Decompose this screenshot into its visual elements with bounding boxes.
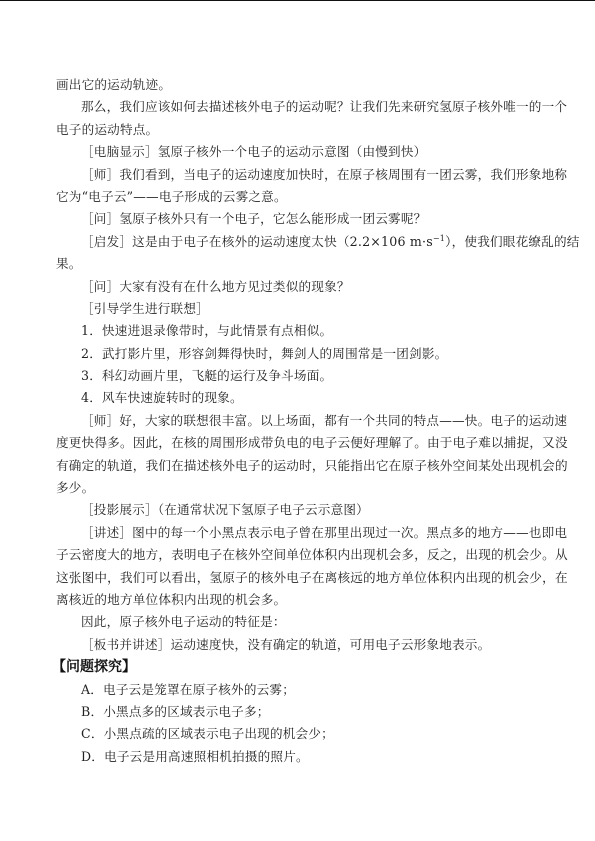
inspiration-text-tail: ），使我们眼花缭乱的结	[445, 234, 579, 249]
inspiration-text: ［启发］这是由于电子在核外的运动速度太快（2.2×106 m·s	[81, 234, 433, 249]
question-line: ［问］大家有没有在什么地方见过类似的现象？	[56, 276, 542, 298]
paragraph-line: 子云密度大的地方，表明电子在核外空间单位体积内出现机会多，反之，出现的机会少。从	[56, 544, 542, 566]
paragraph-line: 因此，原子核外电子运动的特征是：	[56, 611, 542, 633]
computer-display-note: ［电脑显示］氢原子核外一个电子的运动示意图（由慢到快）	[56, 141, 542, 163]
paragraph-line: 那么，我们应该如何去描述核外电子的运动呢？让我们先来研究氢原子核外唯一的一个	[56, 96, 542, 118]
guide-line: ［引导学生进行联想］	[56, 298, 542, 320]
page-top-border	[0, 0, 595, 1]
option-d: D．电子云是用高速照相机拍摄的照片。	[56, 746, 542, 768]
paragraph-line: ［讲述］图中的每一个小黑点表示电子曾在那里出现过一次。黑点多的地方——也即电	[56, 522, 542, 544]
paragraph-line: ［师］我们看到，当电子的运动速度加快时，在原子核周围有一团云雾，我们形象地称	[56, 164, 542, 186]
option-c: C．小黑点疏的区域表示电子出现的机会少；	[56, 723, 542, 745]
paragraph-line: 电子的运动特点。	[56, 119, 542, 141]
paragraph-line: 画出它的运动轨迹。	[56, 74, 542, 96]
paragraph-line: 离核近的地方单位体积内出现的机会多。	[56, 589, 542, 611]
projection-note: ［投影展示］（在通常状况下氢原子电子云示意图）	[56, 499, 542, 521]
paragraph-line: 有确定的轨道，我们在描述核外电子的运动时，只能指出它在原子核外空间某处出现机会的	[56, 455, 542, 477]
paragraph-line: 它为“电子云”——电子形成的云雾之意。	[56, 186, 542, 208]
paragraph-line: 果。	[56, 253, 542, 275]
paragraph-line: 度更快得多。因此，在核的周围形成带负电的电子云便好理解了。由于电子难以捕捉，又没	[56, 432, 542, 454]
list-item: 2．武打影片里，形容剑舞得快时，舞剑人的周围常是一团剑影。	[56, 343, 542, 365]
option-b: B．小黑点多的区域表示电子多；	[56, 701, 542, 723]
section-heading: 【问题探究】	[52, 656, 542, 678]
list-item: 4．风车快速旋转时的现象。	[56, 387, 542, 409]
list-item: 3．科幻动画片里，飞艇的运行及争斗场面。	[56, 365, 542, 387]
list-item: 1．快速进退录像带时，与此情景有点相似。	[56, 320, 542, 342]
inspiration-line: ［启发］这是由于电子在核外的运动速度太快（2.2×106 m·s−1），使我们眼…	[56, 231, 542, 253]
option-a: A．电子云是笼罩在原子核外的云雾；	[56, 679, 542, 701]
question-line: ［问］氢原子核外只有一个电子，它怎么能形成一团云雾呢？	[56, 208, 542, 230]
paragraph-line: ［师］好，大家的联想很丰富。以上场面，都有一个共同的特点——快。电子的运动速	[56, 410, 542, 432]
document-page: 画出它的运动轨迹。 那么，我们应该如何去描述核外电子的运动呢？让我们先来研究氢原…	[56, 74, 542, 768]
paragraph-line: 这张图中，我们可以看出，氢原子的核外电子在离核远的地方单位体积内出现的机会少，在	[56, 567, 542, 589]
blackboard-note: ［板书并讲述］运动速度快，没有确定的轨道，可用电子云形象地表示。	[56, 634, 542, 656]
exponent: −1	[433, 234, 445, 243]
paragraph-line: 多少。	[56, 477, 542, 499]
